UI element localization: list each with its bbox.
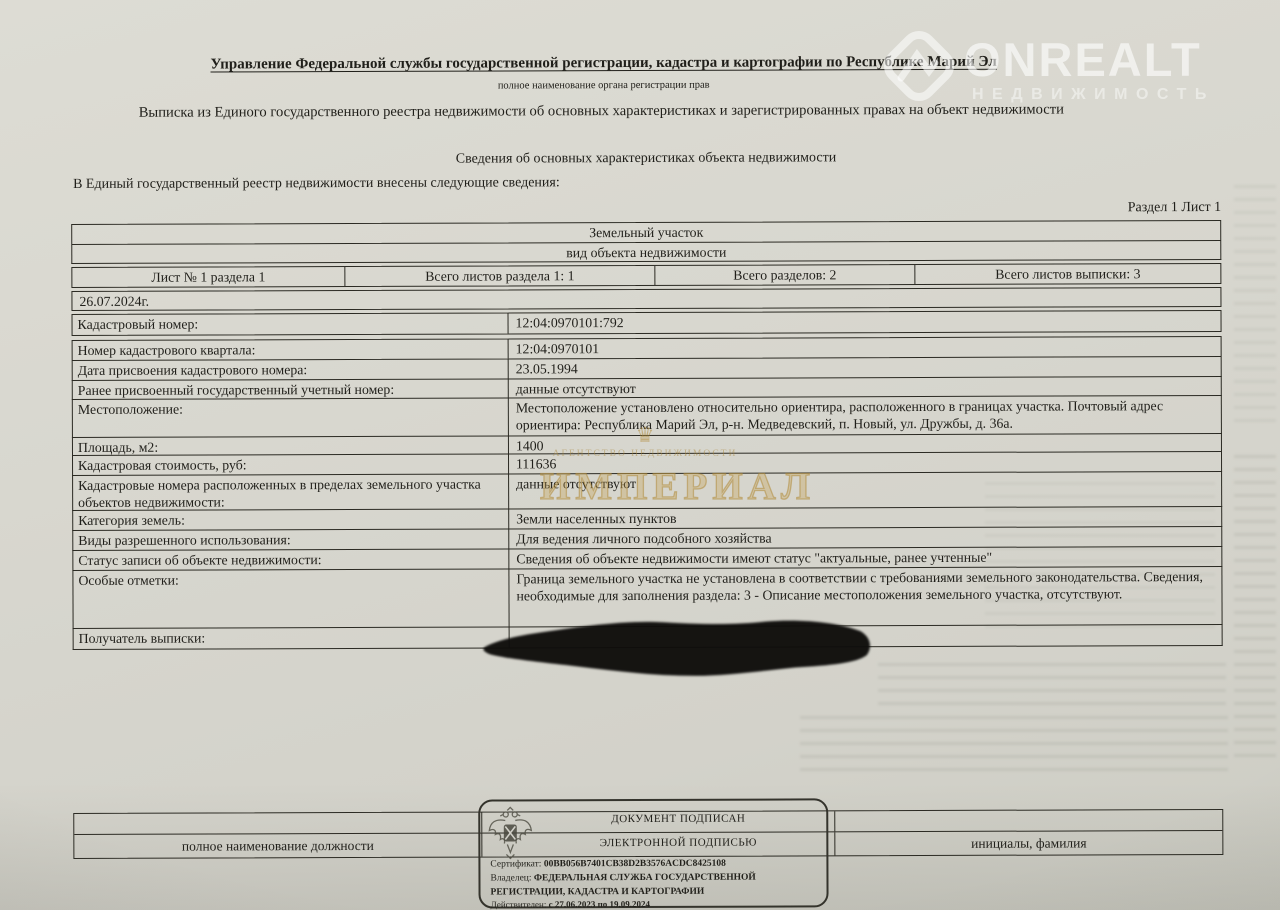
main-table: Земельный участок вид объекта недвижимос… (71, 220, 1222, 650)
document-title: Выписка из Единого государственного реес… (0, 101, 1204, 122)
sheet-info-cell: Лист № 1 раздела 1 (72, 267, 345, 287)
row-label: Площадь, м2: (73, 436, 509, 455)
table-row: Местоположение: Местоположение установле… (72, 396, 1222, 438)
row-label: Особые отметки: (73, 569, 509, 628)
row-label: Виды разрешенного использования: (73, 529, 509, 550)
row-label: Категория земель: (73, 509, 509, 530)
object-type-caption-row: вид объекта недвижимости (71, 241, 1221, 264)
sheet-info-cell: Всего разделов: 2 (655, 265, 915, 285)
coat-of-arms-icon (487, 806, 533, 864)
row-value: 12:04:0970101:792 (509, 311, 1221, 333)
extract-date: 26.07.2024г. (72, 288, 1220, 310)
sheet-info-cell: Всего листов выписки: 3 (915, 264, 1220, 284)
position-caption: полное наименование должности (74, 834, 482, 858)
row-value: данные отсутствуют (509, 377, 1221, 397)
redaction-marker (471, 607, 891, 688)
row-value: 23.05.1994 (509, 357, 1221, 378)
stamp-title-line2: ЭЛЕКТРОННОЙ ПОДПИСЬЮ (538, 836, 818, 849)
stamp-owner: Владелец: ФЕДЕРАЛЬНАЯ СЛУЖБА ГОСУДАРСТВЕ… (490, 871, 818, 899)
stamp-title-line1: ДОКУМЕНТ ПОДПИСАН (538, 812, 818, 825)
row-value: 12:04:0970101 (509, 337, 1221, 358)
document-sheet: Управление Федеральной службы государств… (0, 0, 1280, 910)
row-label: Статус записи об объекте недвижимости: (73, 549, 509, 570)
row-value: Местоположение установлено относительно … (509, 396, 1221, 435)
sheet-info-row: Лист № 1 раздела 1 Всего листов раздела … (71, 263, 1221, 288)
object-type-caption: вид объекта недвижимости (72, 241, 1220, 263)
row-label: Кадастровые номера расположенных в преде… (73, 474, 509, 510)
intro-line: В Единый государственный реестр недвижим… (73, 175, 560, 193)
row-value: Земли населенных пунктов (509, 507, 1221, 528)
authority-caption: полное наименование органа регистрации п… (0, 78, 1209, 93)
row-label: Получатель выписки: (74, 627, 510, 649)
sheet-info-cell: Всего листов раздела 1: 1 (345, 266, 655, 286)
stamp-validity: Действителен: с 27.06.2023 по 19.09.2024 (491, 897, 819, 910)
table-row: Кадастровые номера расположенных в преде… (72, 472, 1222, 511)
registration-authority-title: Управление Федеральной службы государств… (0, 53, 1209, 74)
stamp-certificate: Сертификат: 00BB056B7401CB38D2B3576ACDC8… (490, 857, 818, 872)
name-caption: инициалы, фамилия (835, 831, 1222, 855)
row-value: 111636 (509, 452, 1221, 473)
row-label: Кадастровая стоимость, руб: (73, 454, 509, 475)
row-value: Сведения об объекте недвижимости имеют с… (509, 547, 1221, 568)
row-label: Местоположение: (73, 398, 509, 437)
row-label: Дата присвоения кадастрового номера: (73, 359, 509, 380)
digital-signature-stamp: ДОКУМЕНТ ПОДПИСАН ЭЛЕКТРОННОЙ ПОДПИСЬЮ С… (478, 798, 828, 908)
document-photo: Управление Федеральной службы государств… (0, 0, 1280, 910)
object-type: Земельный участок (72, 221, 1220, 244)
row-value: данные отсутствуют (509, 472, 1221, 508)
section-title: Сведения об основных характеристиках объ… (71, 149, 1221, 169)
row-label: Кадастровый номер: (73, 313, 509, 335)
extract-date-row: 26.07.2024г. (71, 287, 1221, 311)
section-sheet-label: Раздел 1 Лист 1 (71, 200, 1221, 220)
row-value: Для ведения личного подсобного хозяйства (509, 527, 1221, 548)
row-label: Номер кадастрового квартала: (73, 339, 509, 360)
table-row: Кадастровый номер: 12:04:0970101:792 (72, 310, 1222, 336)
row-label: Ранее присвоенный государственный учетны… (73, 379, 509, 399)
row-value: 1400 (509, 434, 1221, 453)
